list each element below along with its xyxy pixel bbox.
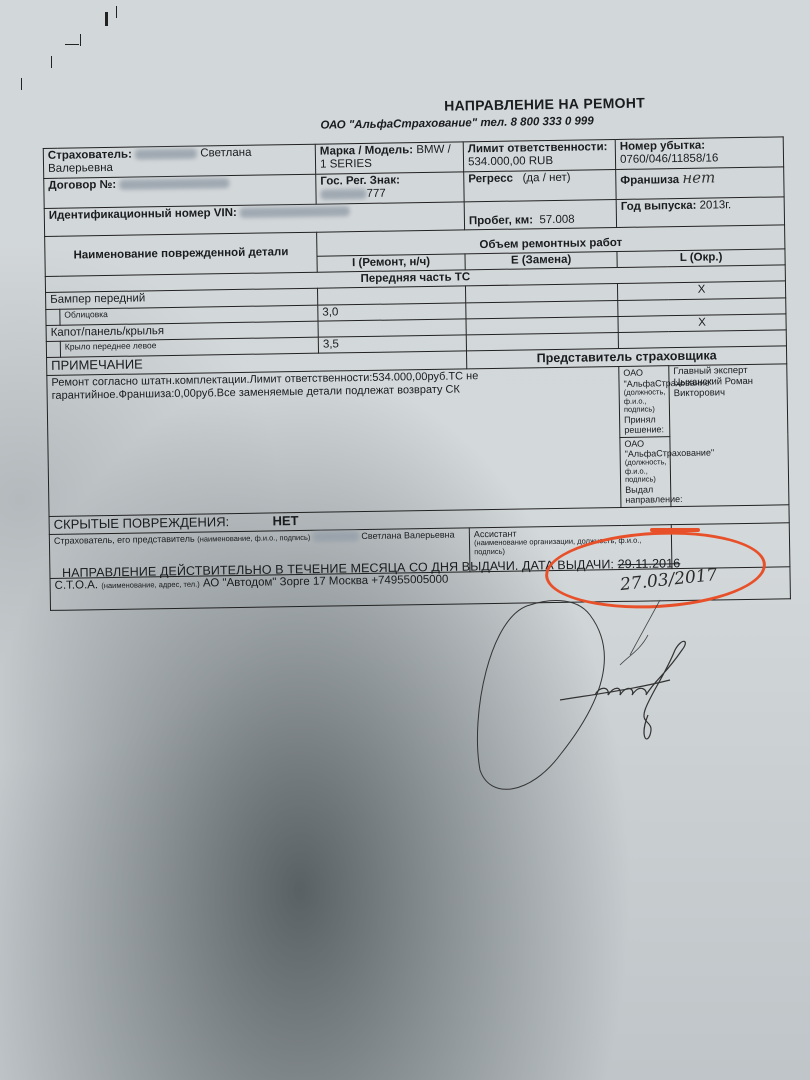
reg-plate-cell: Гос. Рег. Знак: 777	[316, 172, 464, 204]
signature-icon	[470, 595, 730, 805]
liability-limit-value: 534.000,00 RUB	[468, 154, 611, 169]
redacted-surname	[313, 531, 359, 542]
deductible-handwritten: нет	[682, 168, 715, 187]
insured-cell: Страхователь: Светлана Валерьевна	[43, 144, 315, 178]
deductible-cell: Франшиза нет	[616, 167, 784, 200]
reg-plate-value: 777	[366, 188, 385, 200]
redacted-surname	[135, 149, 197, 160]
ink-speck	[51, 56, 52, 68]
year-value: 2013г.	[700, 199, 732, 211]
decision-cell: ОАО "АльфаСтрахование" (должность, ф.и.о…	[619, 366, 670, 437]
note-text: Ремонт согласно штатн.комплектации.Лимит…	[47, 367, 621, 516]
make-model-cell: Марка / Модель: BMW / 1 SERIES	[315, 142, 463, 174]
year-cell: Год выпуска: 2013г.	[616, 197, 784, 228]
claim-number-value: 0760/046/11858/16	[620, 152, 779, 168]
redacted-plate	[320, 189, 366, 200]
issued-cell: ОАО "АльфаСтрахование" (должность, ф.и.о…	[620, 436, 671, 507]
contract-cell: Договор №:	[44, 174, 316, 208]
liability-limit-cell: Лимит ответственности: 534.000,00 RUB	[463, 140, 615, 172]
claim-number-cell: Номер убытка: 0760/046/11858/16	[615, 137, 783, 170]
mileage-value: 57.008	[539, 213, 574, 226]
hidden-damage-value: НЕТ	[272, 513, 298, 528]
expert-cell: Главный эксперт Цыханский Роман Викторов…	[669, 364, 789, 506]
mileage-cell: Пробег, км: 57.008	[464, 199, 616, 229]
ink-speck	[21, 78, 22, 90]
part-name-header: Наименование поврежденной детали	[45, 232, 318, 276]
ink-speck	[116, 6, 117, 18]
recourse-cell: Регресс (да / нет)	[464, 169, 616, 201]
redacted-contract-number	[119, 178, 229, 190]
document-title: НАПРАВЛЕНИЕ НА РЕМОНТ	[444, 95, 645, 114]
ink-speck	[80, 34, 81, 46]
redacted-vin	[240, 206, 350, 218]
ink-speck	[65, 44, 79, 45]
ink-speck	[105, 12, 108, 26]
